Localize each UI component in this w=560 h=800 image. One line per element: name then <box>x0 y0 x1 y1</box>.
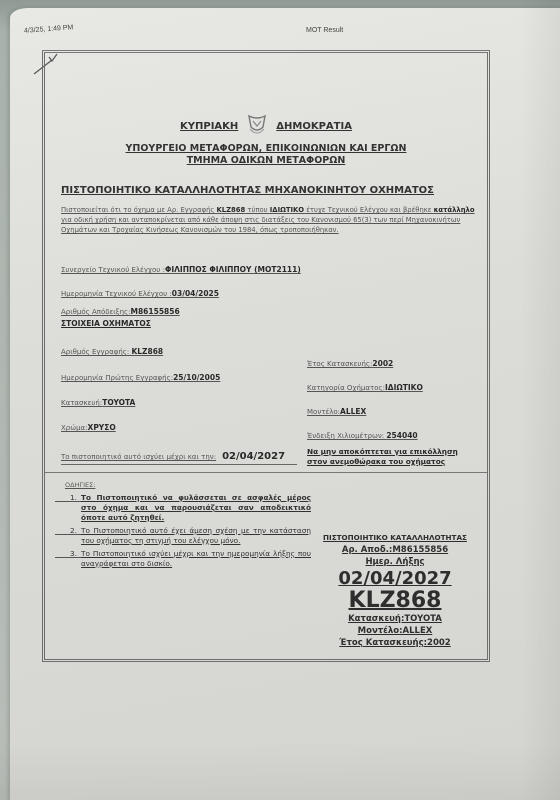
sticker-year: Έτος Κατασκευής:2002 <box>297 638 493 649</box>
intro-text: Πιστοποιείται ότι το όχημα με Αρ. Εγγραφ… <box>61 206 217 214</box>
vehicle-section-title: ΣΤΟΙΧΕΙΑ ΟΧΗΜΑΤΟΣ <box>61 319 151 328</box>
field-label: Μοντέλο: <box>307 408 340 416</box>
reg-field: Αριθμός Εγγραφής: KLZ868 <box>61 347 163 356</box>
instruction-number: 3. <box>55 549 81 558</box>
field-label: Έτος Κατασκευής: <box>307 360 372 368</box>
field-label: Χρώμα: <box>61 424 88 432</box>
sticker-make: Κατασκευή:TOYOTA <box>297 614 493 625</box>
model-field: Μοντέλο:ALLEX <box>307 407 366 416</box>
field-value: 03/04/2025 <box>172 289 219 298</box>
certificate-title: ΠΙΣΤΟΠΟΙΗΤΙΚΟ ΚΑΤΑΛΛΗΛΟΤΗΤΑΣ ΜΗΧΑΝΟΚΙΝΗΤ… <box>61 185 434 196</box>
country-left: ΚΥΠΡΙΑΚΗ <box>180 121 238 132</box>
intro-suitable: κατάλληλο <box>434 206 475 214</box>
sticker-expiry-label: Ημερ. Λήξης <box>297 557 493 567</box>
validity-date: 02/04/2027 <box>222 451 285 462</box>
intro-reg: KLZ868 <box>217 206 246 214</box>
header-row: ΚΥΠΡΙΑΚΗ ΔΗΜΟΚΡΑΤΙΑ <box>45 113 487 139</box>
sticker-registration: KLZ868 <box>297 589 493 613</box>
instruction-text: Το Πιστοποιητικό να φυλάσσεται σε ασφαλέ… <box>81 493 311 523</box>
field-value: ΙΔΙΩΤΙΚΟ <box>385 383 423 392</box>
receipt-field: Αριθμός Απόδειξης:M86155856 <box>61 307 180 316</box>
no-cut-line-1: Να μην αποκόπτεται για επικόλληση <box>307 447 458 457</box>
certificate-frame: ΚΥΠΡΙΑΚΗ ΔΗΜΟΚΡΑΤΙΑ ΥΠΟΥΡΓΕΙΟ ΜΕΤΑΦΟΡΩΝ,… <box>42 50 490 662</box>
field-value: 2002 <box>372 359 393 368</box>
sticker-title: ΠΙΣΤΟΠΟΙΗΤΙΚΟ ΚΑΤΑΛΛΗΛΟΤΗΤΑΣ <box>297 533 493 542</box>
category-field: Κατηγορία Οχήματος:ΙΔΙΩΤΙΚΟ <box>307 383 423 392</box>
field-value: ALLEX <box>340 407 366 416</box>
certificate-intro: Πιστοποιείται ότι το όχημα με Αρ. Εγγραφ… <box>61 205 481 235</box>
colour-field: Χρώμα:ΧΡΥΣΟ <box>61 423 116 432</box>
no-cut-notice: Να μην αποκόπτεται για επικόλληση στον α… <box>307 447 458 467</box>
sticker-expiry-date: 02/04/2027 <box>297 569 493 589</box>
odometer-field: Ένδειξη Χιλιομέτρων: 254040 <box>307 431 418 440</box>
field-label: Κατασκευή: <box>61 399 102 407</box>
field-value: 25/10/2005 <box>173 373 220 382</box>
validity-label: Το πιστοποιητικό αυτό ισχύει μέχρι και τ… <box>61 453 216 461</box>
field-value: ΧΡΥΣΟ <box>88 423 116 432</box>
divider <box>45 472 487 473</box>
instruction-item: 3. Το Πιστοποιητικό ισχύει μέχρι και την… <box>55 549 311 569</box>
ministry-heading: ΥΠΟΥΡΓΕΙΟ ΜΕΤΑΦΟΡΩΝ, ΕΠΙΚΟΙΝΩΝΙΩΝ ΚΑΙ ΕΡ… <box>45 143 487 167</box>
instruction-item: 1. Το Πιστοποιητικό να φυλάσσεται σε ασφ… <box>55 493 311 523</box>
instructions-title: ΟΔΗΓΙΕΣ: <box>65 481 95 489</box>
field-label: Ημερομηνία Πρώτης Εγγραφής: <box>61 374 173 382</box>
intro-text: τύπου <box>245 206 270 214</box>
instruction-text: Το Πιστοποιητικό αυτό έχει άμεση σχέση μ… <box>81 526 311 546</box>
field-label: Αριθμός Απόδειξης: <box>61 308 130 316</box>
make-field: Κατασκευή:TOYOTA <box>61 398 135 407</box>
country-right: ΔΗΜΟΚΡΑΤΙΑ <box>276 121 352 132</box>
ministry-line-2: ΤΜΗΜΑ ΟΔΙΚΩΝ ΜΕΤΑΦΟΡΩΝ <box>45 155 487 167</box>
test-date-field: Ημερομηνία Τεχνικού Ελέγχου :03/04/2025 <box>61 289 219 298</box>
field-label: Συνεργείο Τεχνικού Ελέγχου : <box>61 266 165 274</box>
year-field: Έτος Κατασκευής:2002 <box>307 359 393 368</box>
instructions-list: 1. Το Πιστοποιητικό να φυλάσσεται σε ασφ… <box>55 493 311 572</box>
no-cut-line-2: στον ανεμοθώρακα του οχήματος <box>307 457 458 467</box>
coat-of-arms-icon <box>246 113 268 139</box>
field-value: TOYOTA <box>102 398 135 407</box>
field-value: 254040 <box>386 431 417 440</box>
intro-text: για οδική χρήση και ανταποκρίνεται από κ… <box>61 216 460 234</box>
shadow <box>0 740 560 800</box>
ministry-line-1: ΥΠΟΥΡΓΕΙΟ ΜΕΤΑΦΟΡΩΝ, ΕΠΙΚΟΙΝΩΝΙΩΝ ΚΑΙ ΕΡ… <box>45 143 487 155</box>
field-label: Αριθμός Εγγραφής: <box>61 348 131 356</box>
instruction-item: 2. Το Πιστοποιητικό αυτό έχει άμεση σχέσ… <box>55 526 311 546</box>
sticker-receipt: Αρ. Αποδ.:M86155856 <box>297 545 493 555</box>
first-reg-field: Ημερομηνία Πρώτης Εγγραφής:25/10/2005 <box>61 373 220 382</box>
field-value: ΦΙΛΙΠΠΟΣ ΦΙΛΙΠΠΟΥ (MOT2111) <box>165 265 301 274</box>
instruction-number: 1. <box>55 493 81 502</box>
field-value: KLZ868 <box>131 347 163 356</box>
certificate-content: ΚΥΠΡΙΑΚΗ ΔΗΜΟΚΡΑΤΙΑ ΥΠΟΥΡΓΕΙΟ ΜΕΤΑΦΟΡΩΝ,… <box>45 53 487 659</box>
sticker-model: Μοντέλο:ALLEX <box>297 626 493 637</box>
shadow <box>520 0 560 800</box>
field-value: M86155856 <box>130 307 179 316</box>
windscreen-sticker: ΠΙΣΤΟΠΟΙΗΤΙΚΟ ΚΑΤΑΛΛΗΛΟΤΗΤΑΣ Αρ. Αποδ.:M… <box>297 533 493 649</box>
print-title: MOT Result <box>306 27 343 34</box>
instruction-number: 2. <box>55 526 81 535</box>
field-label: Ημερομηνία Τεχνικού Ελέγχου : <box>61 290 172 298</box>
field-label: Ένδειξη Χιλιομέτρων: <box>307 432 386 440</box>
test-centre-field: Συνεργείο Τεχνικού Ελέγχου :ΦΙΛΙΠΠΟΣ ΦΙΛ… <box>61 265 301 274</box>
field-label: Κατηγορία Οχήματος: <box>307 384 385 392</box>
intro-text: έτυχε Τεχνικού Ελέγχου και βρέθηκε <box>304 206 434 214</box>
validity-field: Το πιστοποιητικό αυτό ισχύει μέχρι και τ… <box>61 451 297 465</box>
instruction-text: Το Πιστοποιητικό ισχύει μέχρι και την ημ… <box>81 549 311 569</box>
intro-type: ΙΔΙΩΤΙΚΟ <box>270 206 304 214</box>
